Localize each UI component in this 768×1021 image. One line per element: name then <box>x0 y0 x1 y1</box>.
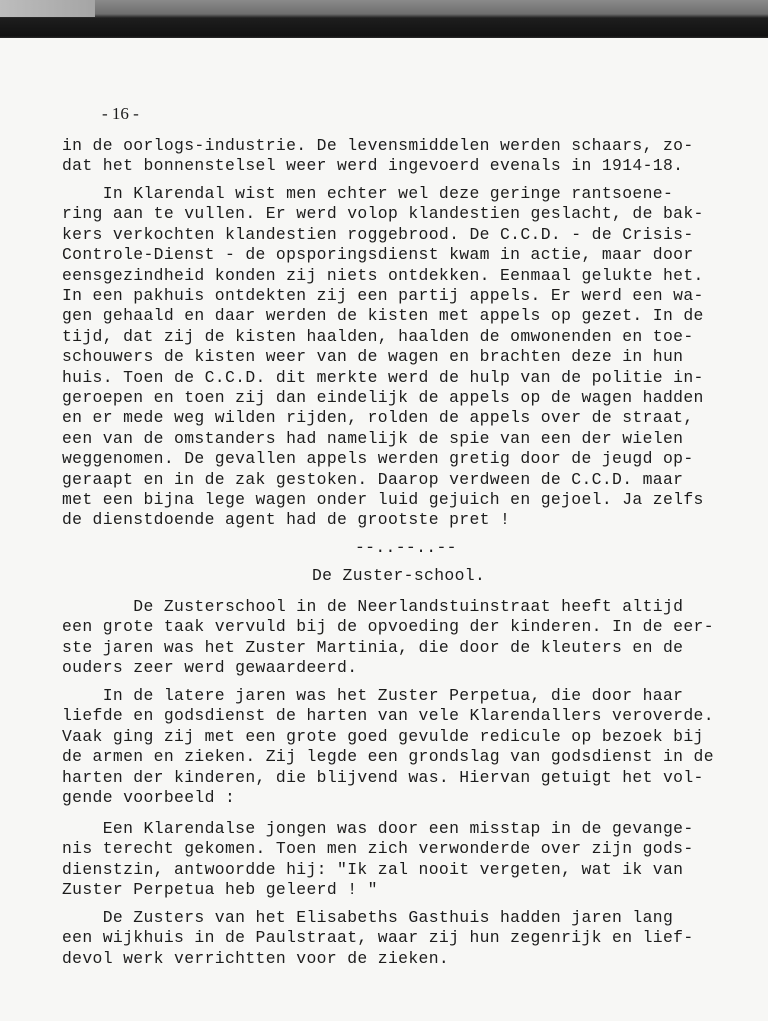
text-line: een wijkhuis in de Paulstraat, waar zij … <box>62 928 694 948</box>
text-line: weggenomen. De gevallen appels werden gr… <box>62 449 694 469</box>
text-line: geraapt en in de zak gestoken. Daarop ve… <box>62 470 683 490</box>
text-line: harten der kinderen, die blijvend was. H… <box>62 768 704 788</box>
text-line: met een bijna lege wagen onder luid geju… <box>62 490 704 510</box>
text-line: Vaak ging zij met een grote goed gevulde… <box>62 727 704 747</box>
text-line: in de oorlogs-industrie. De levensmiddel… <box>62 136 694 156</box>
text-line: ouders zeer werd gewaardeerd. <box>62 658 357 678</box>
text-line: een grote taak vervuld bij de opvoeding … <box>62 617 714 637</box>
text-line: In een pakhuis ontdekten zij een partij … <box>62 286 704 306</box>
section-heading: De Zuster-school. <box>312 566 485 586</box>
text-line: ring aan te vullen. Er werd volop klande… <box>62 204 704 224</box>
text-line: kers verkochten klandestien roggebrood. … <box>62 225 694 245</box>
text-line: Controle-Dienst - de opsporingsdienst kw… <box>62 245 694 265</box>
text-line: schouwers de kisten weer van de wagen en… <box>62 347 683 367</box>
text-line: ste jaren was het Zuster Martinia, die d… <box>62 638 683 658</box>
text-line: Zuster Perpetua heb geleerd ! " <box>62 880 378 900</box>
scan-top-edge <box>0 0 768 38</box>
text-line: en er mede weg wilden rijden, rolden de … <box>62 408 694 428</box>
text-line: tijd, dat zij de kisten haalden, haalden… <box>62 327 694 347</box>
text-line: geroepen en toen zij dan eindelijk de ap… <box>62 388 704 408</box>
text-line: eensgezindheid konden zij niets ontdekke… <box>62 266 704 286</box>
text-line: gende voorbeeld : <box>62 788 235 808</box>
scan-top-edge-highlight <box>0 0 95 17</box>
text-line: In de latere jaren was het Zuster Perpet… <box>62 686 683 706</box>
page-number: - 16 - <box>102 104 139 124</box>
text-line: een van de omstanders had namelijk de sp… <box>62 429 683 449</box>
text-line: In Klarendal wist men echter wel deze ge… <box>62 184 673 204</box>
text-line: huis. Toen de C.C.D. dit merkte werd de … <box>62 368 704 388</box>
text-line: De Zusterschool in de Neerlandstuinstraa… <box>62 597 683 617</box>
text-line: devol werk verrichtten voor de zieken. <box>62 949 449 969</box>
section-separator: --..--..-- <box>355 538 457 558</box>
text-line: Een Klarendalse jongen was door een miss… <box>62 819 694 839</box>
text-line: nis terecht gekomen. Toen men zich verwo… <box>62 839 694 859</box>
text-line: dat het bonnenstelsel weer werd ingevoer… <box>62 156 683 176</box>
text-line: de armen en zieken. Zij legde een gronds… <box>62 747 714 767</box>
text-line: De Zusters van het Elisabeths Gasthuis h… <box>62 908 673 928</box>
text-line: gen gehaald en daar werden de kisten met… <box>62 306 704 326</box>
text-line: dienstzin, antwoordde hij: "Ik zal nooit… <box>62 860 683 880</box>
text-line: de dienstdoende agent had de grootste pr… <box>62 510 510 530</box>
text-line: liefde en godsdienst de harten van vele … <box>62 706 714 726</box>
